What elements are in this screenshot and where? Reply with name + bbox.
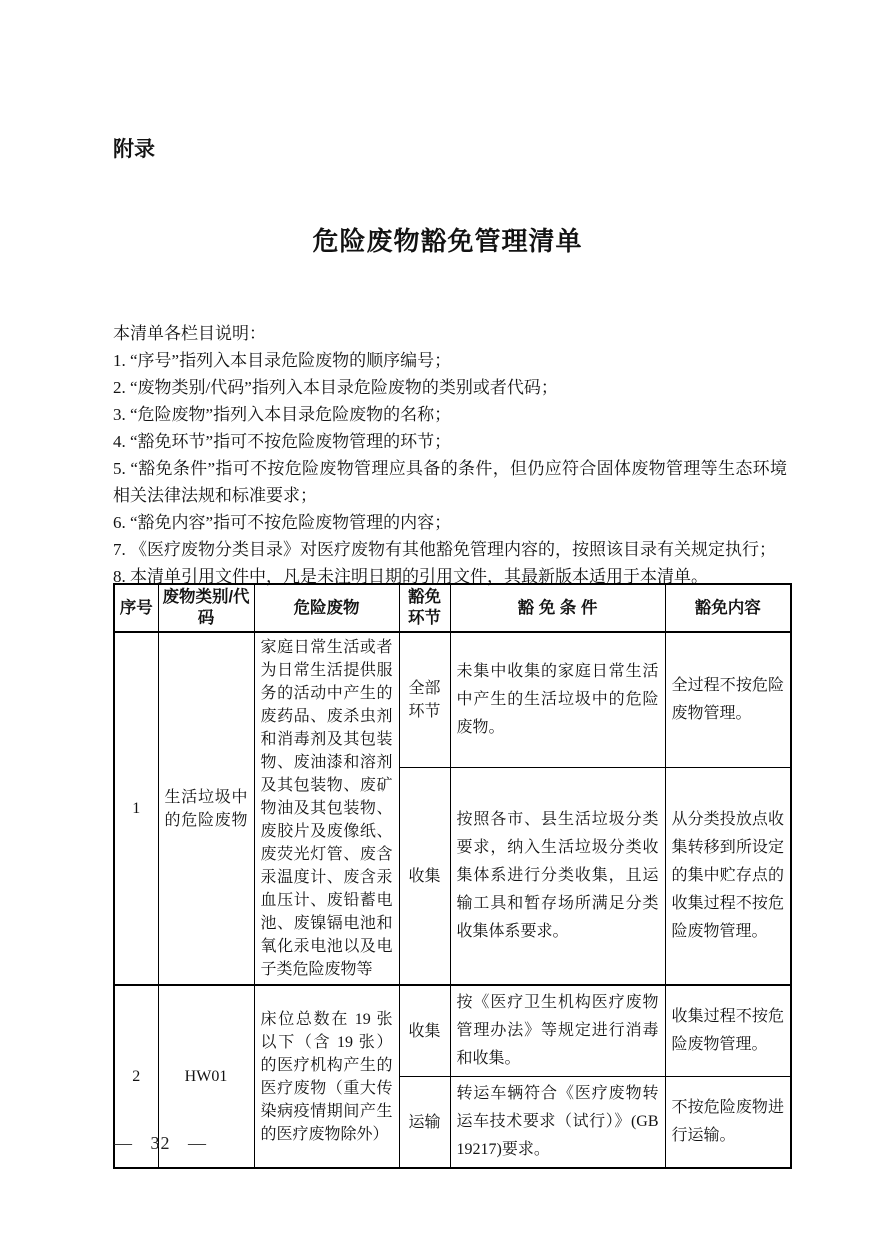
cell-serial-no: 1 — [114, 632, 158, 985]
table-header-row: 序号 废物类别/代码 危险废物 豁免环节 豁 免 条 件 豁免内容 — [114, 584, 791, 632]
document-page: { "page": { "appendix_label": "附录", "tit… — [0, 0, 895, 1243]
cell-exemption-stage: 运输 — [399, 1077, 450, 1169]
cell-exemption-content: 从分类投放点收集转移到所设定的集中贮存点的收集过程不按危险废物管理。 — [665, 768, 791, 985]
note-item-1: 1. “序号”指列入本目录危险废物的顺序编号； — [113, 347, 787, 374]
note-item-3: 3. “危险废物”指列入本目录危险废物的名称； — [113, 401, 787, 428]
exemption-table: 序号 废物类别/代码 危险废物 豁免环节 豁 免 条 件 豁免内容 1 生活垃圾… — [113, 583, 792, 1169]
cell-exemption-content: 全过程不按危险废物管理。 — [665, 632, 791, 768]
note-item-2: 2. “废物类别/代码”指列入本目录危险废物的类别或者代码； — [113, 374, 787, 401]
notes-intro: 本清单各栏目说明： — [113, 320, 787, 347]
cell-exemption-condition: 转运车辆符合《医疗废物转运车技术要求（试行）》(GB 19217)要求。 — [450, 1077, 665, 1169]
note-item-6: 6. “豁免内容”指可不按危险废物管理的内容； — [113, 509, 787, 536]
cell-waste-category: 生活垃圾中的危险废物 — [158, 632, 254, 985]
cell-exemption-stage: 收集 — [399, 768, 450, 985]
cell-hazardous-waste: 家庭日常生活或者为日常生活提供服务的活动中产生的废药品、废杀虫剂和消毒剂及其包装… — [254, 632, 399, 985]
header-exemption-content: 豁免内容 — [665, 584, 791, 632]
cell-exemption-condition: 按《医疗卫生机构医疗废物管理办法》等规定进行消毒和收集。 — [450, 985, 665, 1077]
page-title: 危险废物豁免管理清单 — [0, 221, 895, 258]
notes-section: 本清单各栏目说明： 1. “序号”指列入本目录危险废物的顺序编号； 2. “废物… — [113, 320, 787, 590]
appendix-label: 附录 — [113, 133, 155, 163]
cell-exemption-content: 不按危险废物进行运输。 — [665, 1077, 791, 1169]
header-exemption-condition: 豁 免 条 件 — [450, 584, 665, 632]
header-waste-category: 废物类别/代码 — [158, 584, 254, 632]
note-item-4: 4. “豁免环节”指可不按危险废物管理的环节； — [113, 428, 787, 455]
note-item-7: 7. 《医疗废物分类目录》对医疗废物有其他豁免管理内容的，按照该目录有关规定执行… — [113, 536, 787, 563]
cell-hazardous-waste: 床位总数在 19 张以下（含 19 张）的医疗机构产生的医疗废物（重大传染病疫情… — [254, 985, 399, 1168]
note-item-5: 5. “豁免条件”指可不按危险废物管理应具备的条件，但仍应符合固体废物管理等生态… — [113, 455, 787, 509]
table-row: 2 HW01 床位总数在 19 张以下（含 19 张）的医疗机构产生的医疗废物（… — [114, 985, 791, 1077]
page-number: — 32 — — [114, 1133, 207, 1154]
header-serial-no: 序号 — [114, 584, 158, 632]
header-hazardous-waste: 危险废物 — [254, 584, 399, 632]
cell-exemption-content: 收集过程不按危险废物管理。 — [665, 985, 791, 1077]
cell-exemption-condition: 未集中收集的家庭日常生活中产生的生活垃圾中的危险废物。 — [450, 632, 665, 768]
cell-exemption-stage: 收集 — [399, 985, 450, 1077]
header-exemption-stage: 豁免环节 — [399, 584, 450, 632]
cell-exemption-condition: 按照各市、县生活垃圾分类要求，纳入生活垃圾分类收集体系进行分类收集，且运输工具和… — [450, 768, 665, 985]
table-row: 1 生活垃圾中的危险废物 家庭日常生活或者为日常生活提供服务的活动中产生的废药品… — [114, 632, 791, 768]
cell-exemption-stage: 全部环节 — [399, 632, 450, 768]
